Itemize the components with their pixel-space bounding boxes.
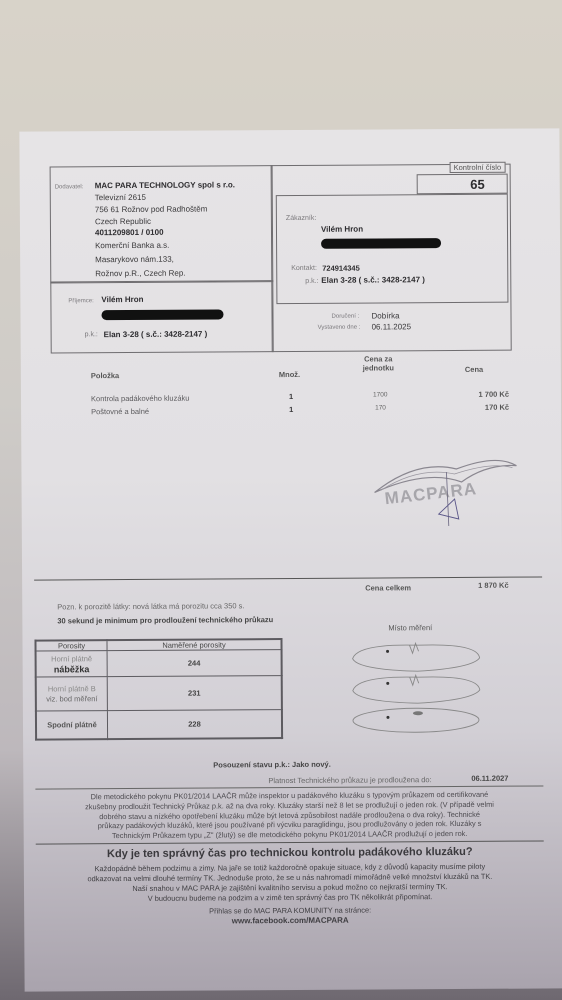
invoice-document: Dodavatel: MAC PARA TECHNOLOGY spol s r.… [19, 128, 562, 991]
customer-pk-label: p.k.: [305, 278, 318, 285]
promo-title: Kdy je ten správný čas pro technickou ko… [36, 845, 544, 860]
recipient-name: Vilém Hron [101, 295, 143, 304]
delivery-method: Dobírka [371, 311, 399, 320]
macpara-logo-stamp: MACPARA [366, 444, 527, 530]
porosity-table: Porosity Naměřené porosity Horní plátně … [34, 638, 283, 740]
supplier-box: Dodavatel: MAC PARA TECHNOLOGY spol s r.… [50, 165, 274, 283]
customer-name: Vilém Hron [321, 225, 363, 234]
items-table: Položka Množ. Cena za jednotku Cena Kont… [51, 351, 511, 414]
table-row: Spodní plátně 228 [36, 710, 282, 740]
customer-box: Zákazník: Vilém Hron Kontakt: 724914345 … [276, 194, 509, 304]
row-unit-price: 1700 [373, 391, 388, 398]
wing-outline-icons [347, 633, 483, 734]
recipient-pk-label: p.k.: [85, 331, 98, 338]
table-row: Horní plátně B viz. bod měření 231 [36, 676, 282, 712]
supplier-city: 756 61 Rožnov pod Radhoštěm [95, 205, 208, 215]
porosity-row-label: Spodní plátně [36, 711, 108, 739]
row-price: 170 Kč [485, 403, 509, 412]
supplier-bank-street: Masarykovo nám.133, [95, 255, 174, 264]
redacted-address [321, 238, 441, 249]
recipient-box: Příjemce: Vilém Hron p.k.: Elan 3-28 ( s… [50, 280, 273, 353]
header-price: Cena [465, 365, 483, 374]
control-number-label: Kontrolní číslo [450, 162, 506, 173]
customer-label: Zákazník: [286, 215, 316, 222]
header-item: Položka [91, 371, 119, 380]
issued-date: 06.11.2025 [372, 322, 412, 331]
porosity-header: Porosity [35, 640, 107, 651]
row-qty: 1 [289, 405, 293, 414]
promo-line: V budoucnu budeme na podzim a v zimě ten… [36, 891, 544, 904]
supplier-label: Dodavatel: [55, 184, 84, 190]
row-item: Poštovné a balné [91, 407, 149, 416]
porosity-minimum: 30 sekund je minimum pro prodloužení tec… [57, 615, 273, 625]
header-unit-price: Cena za jednotku [356, 354, 401, 372]
supplier-bank-city: Rožnov p.R., Czech Rep. [95, 269, 185, 279]
control-number: 65 [470, 177, 485, 192]
delivery-info: Doručení : Dobírka Vystaveno dne : 06.11… [276, 305, 506, 346]
porosity-row-sublabel: náběžka [37, 664, 107, 674]
supplier-name: MAC PARA TECHNOLOGY spol s r.o. [95, 180, 235, 190]
total-divider [34, 576, 542, 580]
row-qty: 1 [289, 392, 293, 401]
validity-label: Platnost Technického průkazu je prodlouž… [268, 775, 431, 785]
porosity-row-sublabel: viz. bod měření [37, 694, 107, 704]
issued-label: Vystaveno dne : [318, 325, 361, 331]
legal-line: Technickým Průkazem typu „Z" (žlutý) se … [36, 829, 544, 842]
redacted-address [101, 309, 223, 320]
porosity-value: 244 [107, 650, 282, 677]
porosity-value: 228 [107, 710, 282, 739]
row-item: Kontrola padákového kluzáku [91, 394, 189, 404]
recipient-pk: Elan 3-28 ( s.č.: 3428-2147 ) [104, 330, 208, 340]
porosity-row-label: Horní plátně B [37, 684, 107, 694]
table-row: Horní plátně náběžka 244 [36, 650, 282, 678]
legal-text: Dle metodického pokynu PK01/2014 LAAČR m… [35, 789, 543, 841]
customer-pk: Elan 3-28 ( s.č.: 3428-2147 ) [321, 275, 425, 285]
supplier-country: Czech Republic [95, 217, 151, 226]
measurement-label: Místo měření [388, 623, 432, 632]
promo-text: Každopádně během podzimu a zimy. Na jaře… [36, 861, 544, 927]
customer-contact: 724914345 [322, 264, 360, 273]
recipient-label: Příjemce: [68, 298, 93, 304]
supplier-bank: Komerční Banka a.s. [95, 241, 169, 250]
porosity-value: 231 [107, 676, 282, 711]
total-label: Cena celkem [365, 583, 411, 592]
porosity-row-label: Horní plátně [37, 654, 107, 664]
validity-date: 06.11.2027 [471, 774, 508, 783]
assessment-text: Posouzení stavu p.k.: Jako nový. [213, 760, 331, 770]
delivery-label: Doručení : [331, 314, 359, 320]
control-number-box: 65 [417, 174, 508, 195]
row-price: 1 700 Kč [479, 390, 510, 399]
porosity-note: Pozn. k porozitě látky: nová látka má po… [57, 601, 244, 611]
promo-url-link[interactable]: www.facebook.com/MACPARA [36, 914, 544, 927]
supplier-street: Televizní 2615 [95, 193, 146, 202]
header-qty: Množ. [279, 370, 300, 379]
row-unit-price: 170 [375, 404, 386, 411]
total-value: 1 870 Kč [478, 581, 509, 590]
supplier-account: 4011209801 / 0100 [95, 228, 164, 237]
customer-contact-label: Kontakt: [291, 265, 317, 272]
